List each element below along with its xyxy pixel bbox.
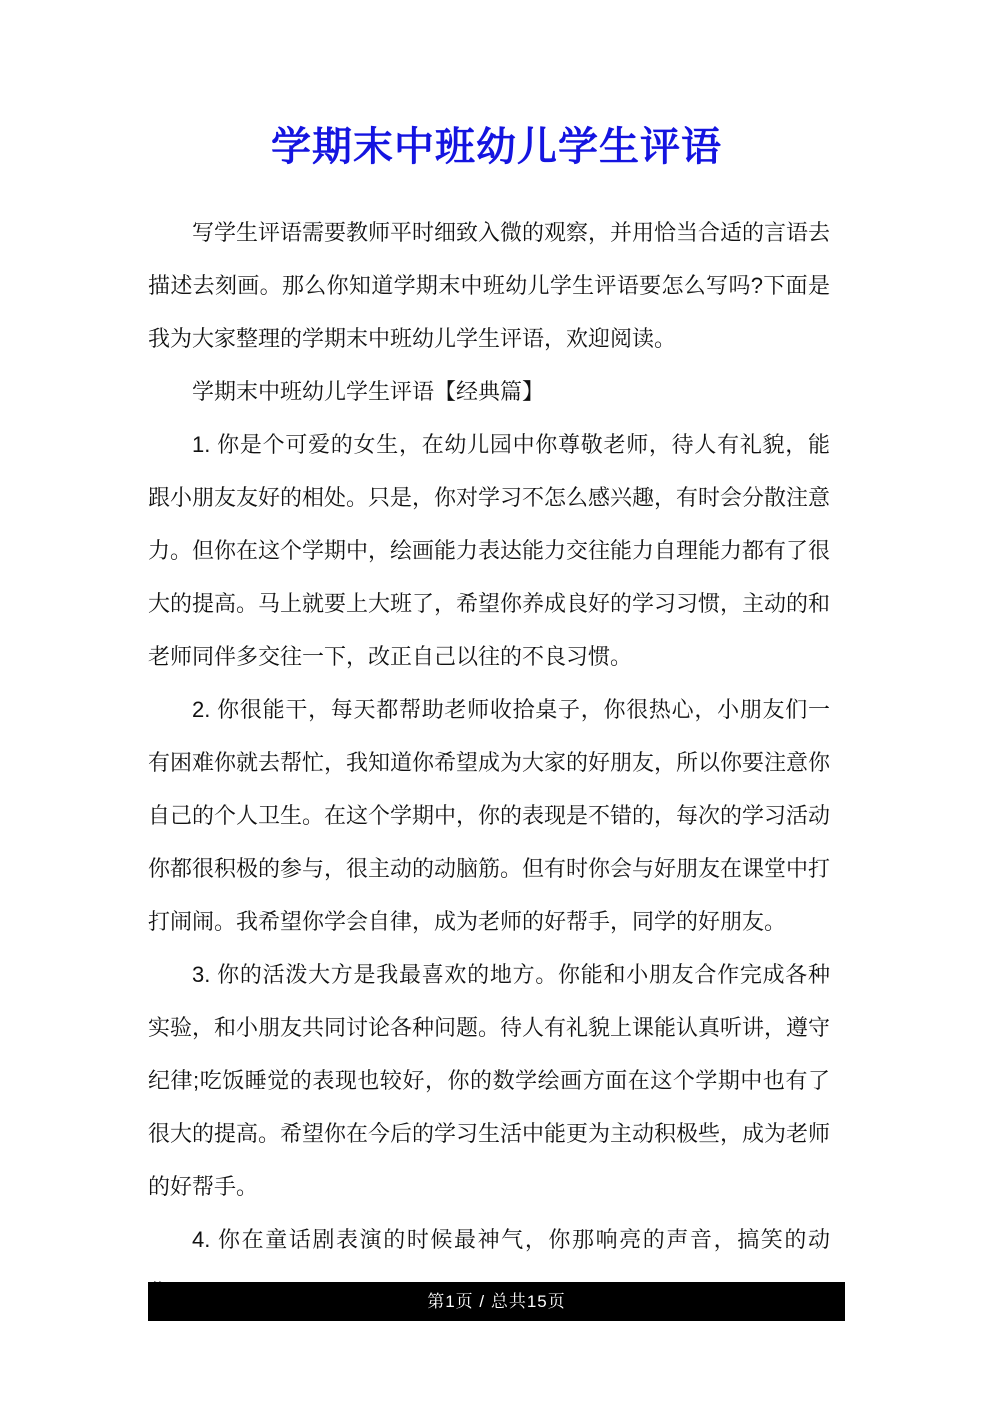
document-body: 写学生评语需要教师平时细致入微的观察，并用恰当合适的言语去描述去刻画。那么你知道… [148,206,830,1319]
paragraph-item-2: 2. 你很能干，每天都帮助老师收拾桌子，你很热心，小朋友们一有困难你就去帮忙，我… [148,683,830,948]
page-number-label: 第1页 / 总共15页 [427,1292,566,1311]
paragraph-item-3: 3. 你的活泼大方是我最喜欢的地方。你能和小朋友合作完成各种实验，和小朋友共同讨… [148,948,830,1213]
document-page: 学期末中班幼儿学生评语 写学生评语需要教师平时细致入微的观察，并用恰当合适的言语… [0,0,993,1404]
paragraph-intro: 写学生评语需要教师平时细致入微的观察，并用恰当合适的言语去描述去刻画。那么你知道… [148,206,830,365]
paragraph-item-1: 1. 你是个可爱的女生，在幼儿园中你尊敬老师，待人有礼貌，能跟小朋友友好的相处。… [148,418,830,683]
page-title: 学期末中班幼儿学生评语 [0,0,993,172]
page-footer-bar: 第1页 / 总共15页 [148,1282,845,1321]
paragraph-section-heading: 学期末中班幼儿学生评语【经典篇】 [148,365,830,418]
